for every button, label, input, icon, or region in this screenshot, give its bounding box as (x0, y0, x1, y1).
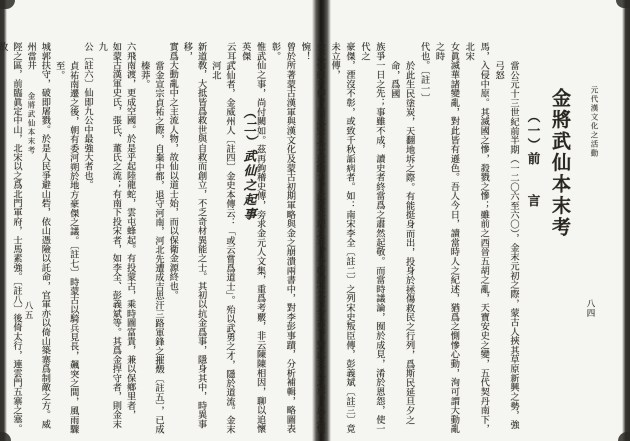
scan-corner-smudge (618, 432, 630, 441)
book-scan-spread: 元代漢文化之活動 八四 金將武仙本末考 （一）前 言 當公元十三世紀前半期（一二… (0, 0, 630, 441)
text-column: 陘之區，前臨眞定中山，北宋以之爲北門軍府，士馬素強。〔註八〕後倚太行，連雲門五寨… (0, 42, 24, 434)
text-column: 代也。〔註一〕 (417, 42, 432, 434)
text-column: 馬，入侵中原。其滅國之慘，殺戮之慘；雖前之西晉五胡之亂，天寶安史之變，五代契丹南… (461, 42, 491, 434)
text-column: 金武仙雖有傳，而詆毀之不遺餘力，此豈事理之平？予研讀宋金元三史，對此三人之事，爲… (297, 42, 327, 434)
page-number-right: 八四 (585, 299, 597, 318)
right-page-text: 金將武仙本末考 （一）前 言 當公元十三世紀前半期（一二〇六至六〇），金末元初之… (223, 42, 575, 434)
text-column: 如蒙古漢軍史氏，張氏、董氏之流；有南下投宋者，如李全、彭義斌等。其爲金捍守者，則… (95, 42, 123, 434)
text-column: 新道敎，大抵皆爲救世與自救而創立，不乏奇材異能之士。其初以抗金爲事，隱身其中，時… (180, 42, 208, 434)
text-column: 六飛南渡，更成空國。於是乎起陸龍蛇，雲屯蜂起。有投蒙古，乘時圖富貴，兼以保鄉里者… (123, 42, 137, 434)
text-column: 當公元十三世紀前半期（一二〇六至六〇），金末元初之際，蒙古人挾其草原新興之勢，強… (491, 42, 521, 434)
article-title: 金將武仙本末考 (544, 42, 575, 434)
text-column: 曾於所著蒙古漢軍與漢文化及蒙古初期軍略與金之崩潰兩書中，對李彭事蹟，分析補輯，略… (268, 42, 298, 434)
text-column: 貞祐南遷之後，朝有委河朔於地方豪傑之議。〔註七〕時蒙古以騎兵見長，飆突之間，風雨… (52, 42, 80, 434)
scan-corner-smudge (0, 0, 15, 9)
text-column: 女眞滅華諸變亂，對此皆有遜色。吾人今日，讀當時人之紀述，猶爲之惻慘心動，洵可謂大… (432, 42, 462, 434)
text-column: 豪傑，湮沒不彰，或致千秋詬病者。如：南宋李全〔註二〕之列宋史叛臣傳，彭義斌〔註三… (327, 42, 357, 434)
text-column: 當金宣宗貞祐之際，自棄中都，退守河南，河北先遭成吉思汗三路軍鋒之摧燬〔註五〕，已… (138, 42, 166, 434)
text-column: 武仙者，金威州人〔註四〕金史本傳云：「或云嘗爲道士」。殆以武勇之才，隱於道流。金… (209, 42, 237, 434)
scan-corner-smudge (616, 0, 630, 8)
text-column: 實爲大動亂中之主流人物，故仙以道士始，而以保衛金源終也。 (166, 42, 180, 434)
text-column: 城郭扶守，破即屠戮。於是人民爭避山砦，依山憑險以託命，官軍亦以倚山築寨爲制敵之方… (24, 42, 52, 434)
section-heading-foreword: （一）前 言 (521, 42, 544, 434)
scan-edge-right (622, 0, 630, 441)
text-column: 公〔註六〕仙即九公中最強大者也。 (81, 42, 95, 434)
left-page-text: （二）武仙之起事 武仙者，金威州人〔註四〕金史本傳云：「或云嘗爲道士」。殆以武勇… (0, 42, 261, 434)
running-title-right: 元代漢文化之活動 (589, 86, 600, 158)
section-heading-rise-of-wuxian: （二）武仙之起事 (237, 42, 261, 434)
text-column: 於此生民塗炭，天翻地坼之際。有能挺身而出，投身於拯傷救民之行列，爲斯民延旦夕之命… (387, 42, 417, 434)
text-column: 族爭一日之先；事雖不成，讀史者終當爲之肅然起敬。而當時議論，囿於成見，淆於恩怨，… (357, 42, 387, 434)
